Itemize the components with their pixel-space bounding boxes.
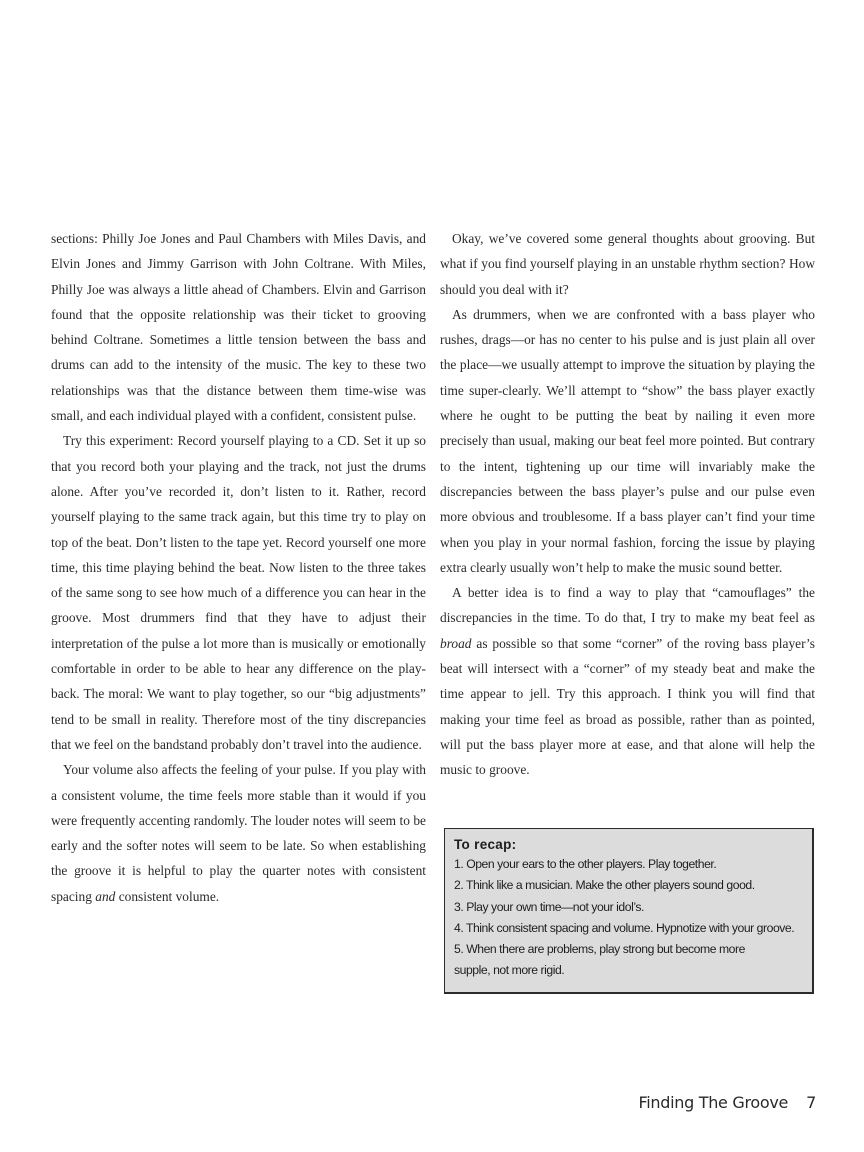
recap-box: To recap: 1. Open your ears to the other… xyxy=(444,828,814,994)
page-footer: Finding The Groove7 xyxy=(639,1093,816,1112)
paragraph: Try this experiment: Record yourself pla… xyxy=(51,428,426,757)
recap-item: 1. Open your ears to the other players. … xyxy=(454,854,804,875)
recap-item: supple, not more rigid. xyxy=(454,960,804,981)
paragraph: Okay, we’ve covered some general thought… xyxy=(440,226,815,302)
paragraph-text: A better idea is to find a way to play t… xyxy=(440,585,815,625)
right-text-column: Okay, we’ve covered some general thought… xyxy=(440,226,815,783)
emphasis-text: broad xyxy=(440,636,472,651)
left-text-column: sections: Philly Joe Jones and Paul Cham… xyxy=(51,226,426,909)
page-number: 7 xyxy=(806,1093,816,1112)
running-title: Finding The Groove xyxy=(639,1093,789,1112)
recap-item: 2. Think like a musician. Make the other… xyxy=(454,875,804,896)
paragraph: As drummers, when we are confronted with… xyxy=(440,302,815,580)
recap-item: 5. When there are problems, play strong … xyxy=(454,939,804,960)
paragraph: A better idea is to find a way to play t… xyxy=(440,580,815,782)
book-page: sections: Philly Joe Jones and Paul Cham… xyxy=(0,0,864,1152)
recap-item: 4. Think consistent spacing and volume. … xyxy=(454,918,804,939)
recap-item: 3. Play your own time—not your idol’s. xyxy=(454,897,804,918)
paragraph: Your volume also affects the feeling of … xyxy=(51,757,426,909)
paragraph-text: consis­tent volume. xyxy=(115,889,219,904)
paragraph-text: as possible so that some “corner” of the… xyxy=(440,636,815,777)
emphasis-text: and xyxy=(95,889,115,904)
recap-title: To recap: xyxy=(454,836,804,854)
paragraph: sections: Philly Joe Jones and Paul Cham… xyxy=(51,226,426,428)
paragraph-text: Your volume also affects the feeling of … xyxy=(51,762,426,903)
